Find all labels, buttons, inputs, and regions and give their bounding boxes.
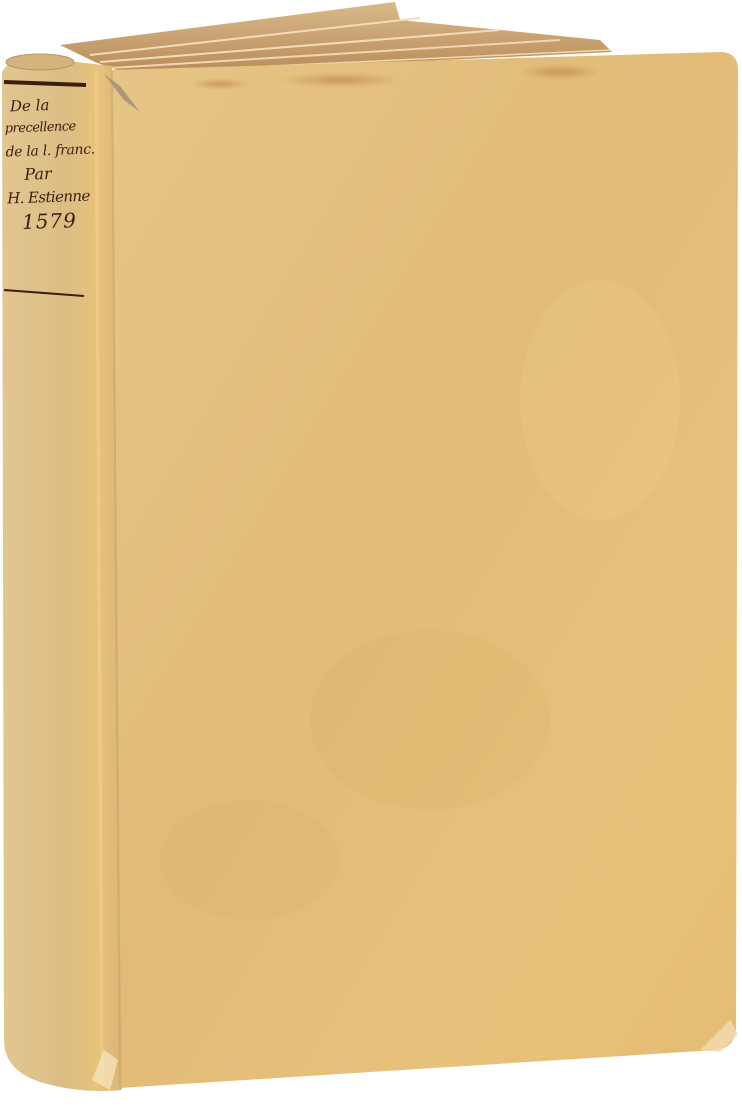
book-illustration <box>0 0 742 1106</box>
spine-line: Par <box>24 164 95 182</box>
spine-line: precellence <box>5 119 93 135</box>
spine-line: De la <box>10 97 92 115</box>
spine-handwritten-label: De la precellence de la l. franc. Par H.… <box>4 97 97 233</box>
spine-line: H. Estienne <box>7 188 95 206</box>
book-photo: De la precellence de la l. franc. Par H.… <box>0 0 742 1106</box>
front-cover <box>112 52 738 1088</box>
spine-line-date: 1579 <box>22 209 97 232</box>
spine-line: de la l. franc. <box>5 142 93 159</box>
